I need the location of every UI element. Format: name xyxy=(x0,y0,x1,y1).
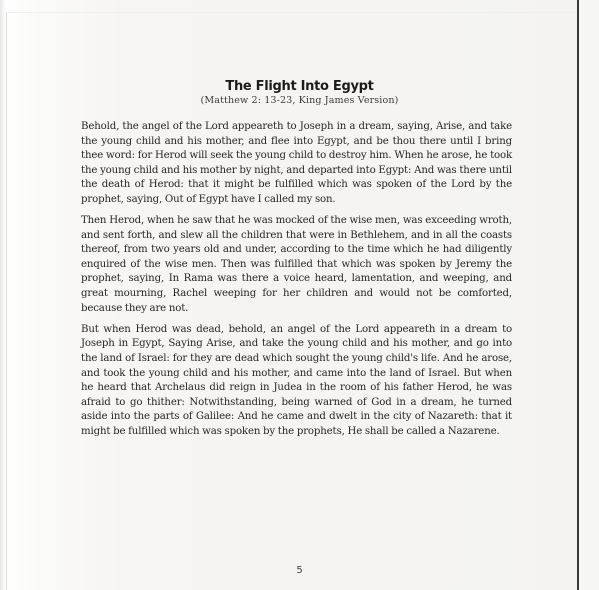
page-number: 5 xyxy=(0,565,599,576)
paragraph-3: But when Herod was dead, behold, an ange… xyxy=(81,323,512,440)
body-text: Behold, the angel of the Lord appeareth … xyxy=(81,120,512,446)
page-title: The Flight Into Egypt xyxy=(0,79,599,94)
scripture-reference: (Matthew 2: 13-23, King James Version) xyxy=(0,95,599,106)
paragraph-2: Then Herod, when he saw that he was mock… xyxy=(81,214,512,316)
booklet-page: The Flight Into Egypt (Matthew 2: 13-23,… xyxy=(0,0,599,590)
paragraph-1: Behold, the angel of the Lord appeareth … xyxy=(81,120,512,208)
page-top-edge xyxy=(6,12,578,13)
